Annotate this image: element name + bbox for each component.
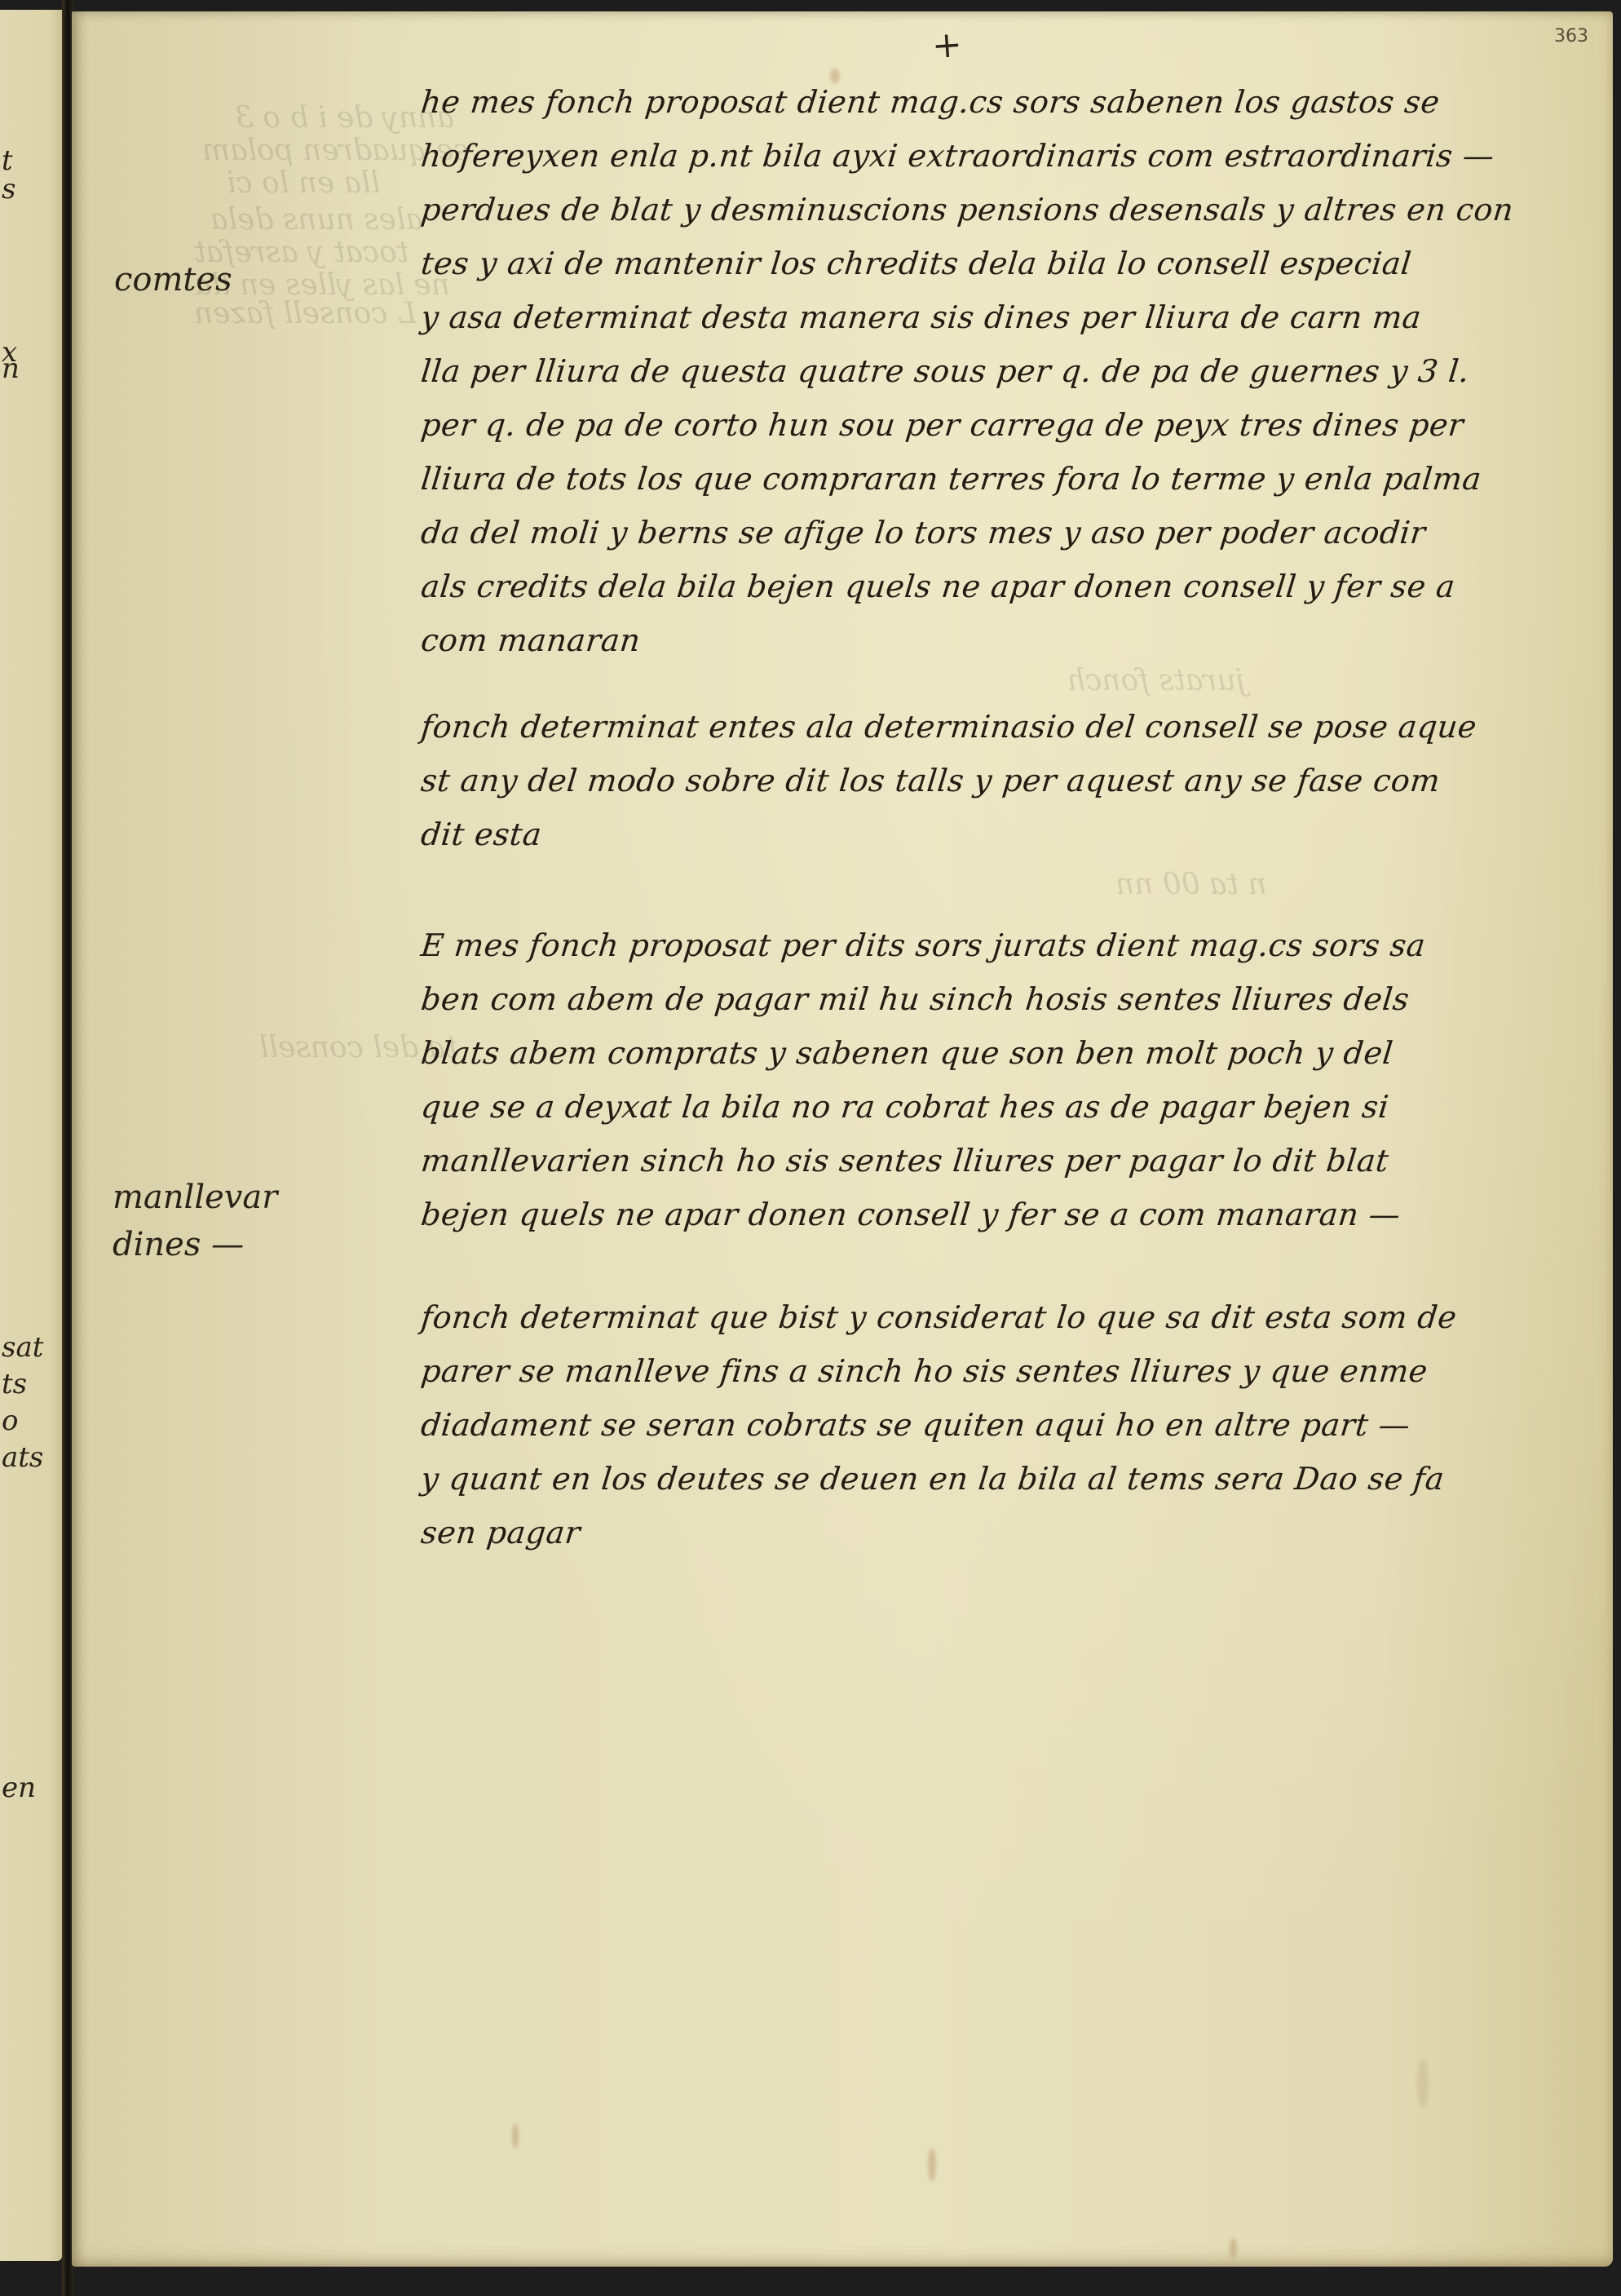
text-line: lla per lliura de questa quatre sous per… xyxy=(418,344,1621,398)
facing-page-fragment: n xyxy=(2,352,20,385)
text-line: sen pagar xyxy=(418,1506,1621,1559)
margin-note-comtes: comtes xyxy=(114,256,232,303)
facing-page-fragment: en xyxy=(2,1772,36,1804)
facing-page-fragment: o xyxy=(2,1405,18,1437)
text-line: als credits dela bila bejen quels ne apa… xyxy=(418,560,1621,613)
text-line: fonch determinat que bist y considerat l… xyxy=(418,1290,1621,1344)
facing-page-fragment: sat xyxy=(2,1331,43,1364)
facing-page-fragment: s xyxy=(2,173,15,206)
facing-page-fragment: t xyxy=(2,144,13,177)
text-line: perdues de blat y desminuscions pensions… xyxy=(418,183,1621,237)
text-line: dit esta xyxy=(418,807,1621,861)
paragraph-proposal-loan: E mes fonch proposat per dits sors jurat… xyxy=(418,918,1621,1241)
text-line: y quant en los deutes se deuen en la bil… xyxy=(418,1452,1621,1506)
facing-page-edge: t s x n sat ts o ats en xyxy=(0,10,62,2261)
text-line: com manaran xyxy=(418,613,1621,667)
cross-mark-icon: + xyxy=(930,24,963,67)
text-line: ben com abem de pagar mil hu sinch hosis… xyxy=(418,972,1621,1026)
text-line: fonch determinat entes ala determinasio … xyxy=(418,700,1621,754)
text-line: que se a deyxat la bila no ra cobrat hes… xyxy=(418,1080,1621,1134)
manuscript-body: he mes fonch proposat dient mag.cs sors … xyxy=(418,75,1621,1559)
paragraph-proposal-taxes: he mes fonch proposat dient mag.cs sors … xyxy=(418,75,1621,667)
text-line: diadament se seran cobrats se quiten aqu… xyxy=(418,1398,1621,1452)
text-line: blats abem comprats y sabenen que son be… xyxy=(418,1026,1621,1080)
facing-page-fragment: ts xyxy=(2,1368,27,1400)
text-line: per q. de pa de corto hun sou per carreg… xyxy=(418,398,1621,452)
text-line: manllevarien sinch ho sis sentes lliures… xyxy=(418,1134,1621,1188)
text-line: he mes fonch proposat dient mag.cs sors … xyxy=(418,75,1621,129)
text-line: E mes fonch proposat per dits sors jurat… xyxy=(418,918,1621,972)
margin-note-line: manllevar xyxy=(113,1174,277,1221)
margin-note-manllevar-dines: manllevar dines — xyxy=(113,1174,277,1268)
facing-page-fragment: ats xyxy=(2,1441,43,1474)
text-line: y asa determinat desta manera sis dines … xyxy=(418,290,1621,344)
manuscript-page: anny de i b o 3 se quadren polam lla en … xyxy=(72,11,1613,2267)
text-line: lliura de tots los que compraran terres … xyxy=(418,452,1621,506)
paragraph-determination-loan: fonch determinat que bist y considerat l… xyxy=(418,1290,1621,1559)
text-line: da del moli y berns se afige lo tors mes… xyxy=(418,506,1621,560)
margin-note-line: comtes xyxy=(114,261,232,299)
text-line: bejen quels ne apar donen consell y fer … xyxy=(418,1188,1621,1241)
text-line: st any del modo sobre dit los talls y pe… xyxy=(418,754,1621,807)
text-line: parer se manlleve fins a sinch ho sis se… xyxy=(418,1344,1621,1398)
text-line: tes y axi de mantenir los chredits dela … xyxy=(418,237,1621,290)
text-line: hofereyxen enla p.nt bila ayxi extraordi… xyxy=(418,129,1621,183)
margin-note-line: dines — xyxy=(113,1221,277,1268)
folio-number: 363 xyxy=(1554,26,1588,46)
paragraph-determination-taxes: fonch determinat entes ala determinasio … xyxy=(418,700,1621,861)
